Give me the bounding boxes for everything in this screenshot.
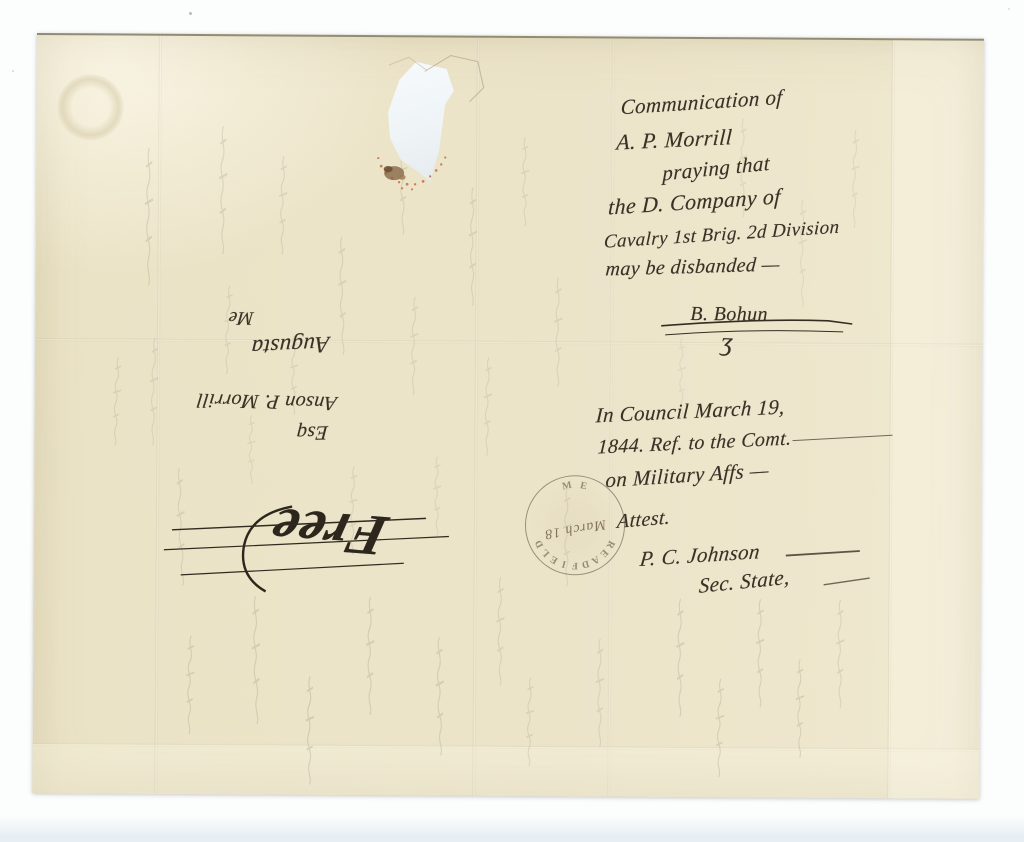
signature-name: B. Bohun <box>690 304 768 324</box>
bleedthrough-column <box>363 595 378 715</box>
council-note-line: In Council March 19, <box>595 397 785 427</box>
postmark-arc-letter: R <box>604 539 617 551</box>
docket-line: may be disbanded — <box>605 254 781 279</box>
fold-crease-vertical <box>472 38 480 796</box>
bleedthrough-column <box>795 198 810 308</box>
docket-line: Cavalry 1st Brig. 2d Division <box>604 218 840 252</box>
ink-strokes-overlay <box>32 35 984 799</box>
bleedthrough-column <box>219 284 237 374</box>
docket-line: Communication of <box>620 87 783 118</box>
free-frank: Free <box>171 467 488 597</box>
bleedthrough-column <box>518 136 533 226</box>
bleedthrough-column <box>182 634 198 734</box>
dust-speck <box>1008 8 1010 10</box>
council-note-line: on Military Affs — <box>605 460 769 492</box>
bleedthrough-column <box>275 154 291 254</box>
docket-line: the D. Company of <box>608 185 782 218</box>
address-esq: Esq <box>296 422 329 443</box>
postmark-arc-letter: A <box>589 553 601 566</box>
address-state: Me <box>227 308 254 327</box>
bleedthrough-column <box>406 295 422 395</box>
ink-bleedthrough-texture <box>37 35 984 41</box>
fold-crease-horizontal <box>35 338 982 347</box>
council-note-line: 1844. Ref. to the Comt. <box>597 428 792 457</box>
docket-line: A. P. Morrill <box>616 126 733 153</box>
postmark-arc-letter: M <box>561 480 572 493</box>
postmark-arc-letter: D <box>581 558 591 571</box>
bleedthrough-column <box>793 658 808 758</box>
torn-paper-patch <box>383 60 456 183</box>
secretary-title: Sec. State, <box>698 567 790 597</box>
fold-panel-right <box>888 40 984 799</box>
fold-panel-bottom <box>32 744 979 799</box>
bleedthrough-column <box>335 235 350 355</box>
postmark-arc-letter: E <box>598 547 611 559</box>
signature-flourish: ʒ <box>721 329 734 355</box>
bleedthrough-column <box>847 128 863 228</box>
bleedthrough-column <box>551 276 566 386</box>
address-name: Anson P. Morrill <box>195 390 337 413</box>
docket-line: praying that <box>662 153 770 185</box>
dust-speck <box>12 70 14 72</box>
bleedthrough-column <box>248 594 263 724</box>
postmark-arc-letter: E <box>548 553 559 566</box>
bleedthrough-column <box>108 355 126 445</box>
fold-crease-vertical <box>154 36 162 794</box>
postmark-stamp: March 18 READFIELDME <box>525 475 626 576</box>
paper-stain <box>57 74 123 140</box>
postmark-arc-letter: E <box>579 480 588 492</box>
dust-speck <box>189 12 192 15</box>
bleedthrough-column <box>216 124 231 254</box>
letter-sheet: Communication of A. P. Morrill praying t… <box>32 33 984 799</box>
address-city: Augusta <box>250 333 329 360</box>
bleedthrough-column <box>480 356 496 456</box>
bleedthrough-column <box>673 597 688 717</box>
bleedthrough-column <box>593 636 608 746</box>
secretary-signature: P. C. Johnson <box>639 541 761 570</box>
bleedthrough-column <box>493 576 508 686</box>
bleedthrough-column <box>753 597 768 707</box>
postmark-arc-letter: I <box>561 558 568 570</box>
bleedthrough-column <box>141 146 156 286</box>
scanner-bed-edge <box>0 816 1024 842</box>
bleedthrough-column <box>833 598 848 708</box>
bleedthrough-column <box>432 635 447 755</box>
postmark-arc-letter: F <box>572 560 578 571</box>
